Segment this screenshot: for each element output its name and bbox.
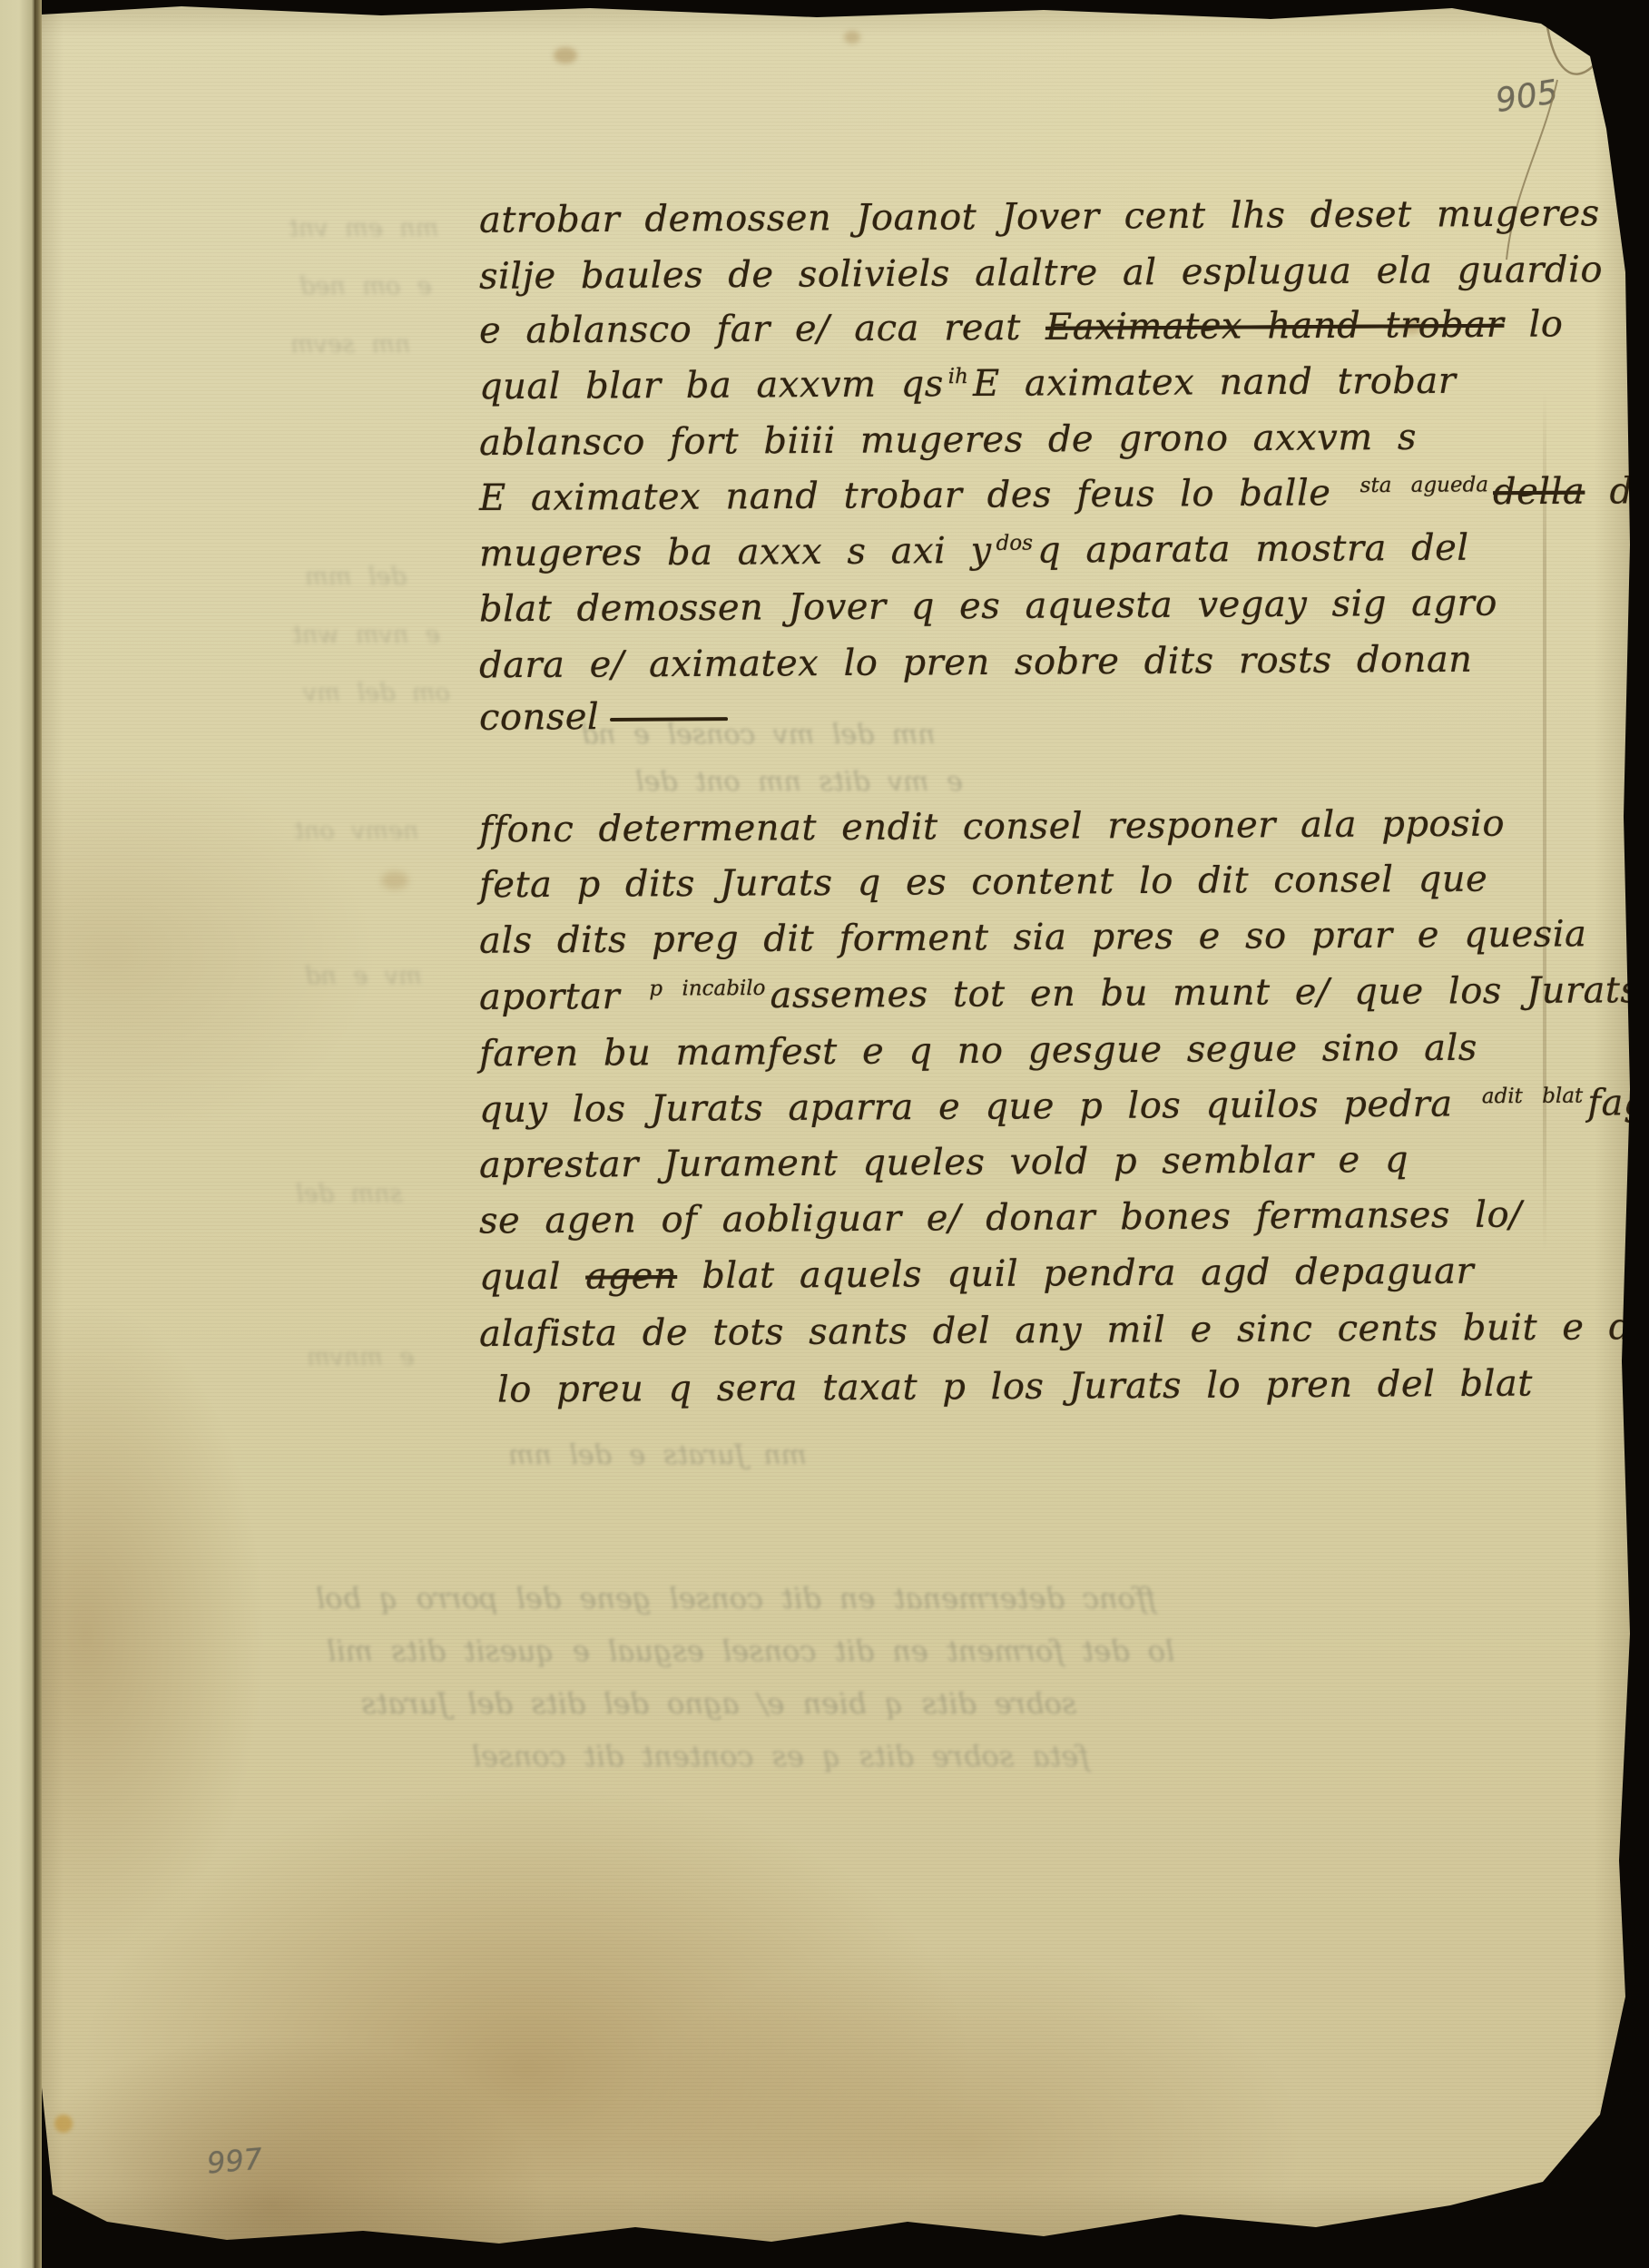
text-segment: q aparata mostra del [1037,527,1469,572]
text-line: als dits preg dit forment sia pres e so … [479,913,1587,961]
bleedthrough-line: nemv ont [294,817,418,845]
text-segment: consel [479,696,600,739]
text-segment: aportar [479,976,645,1018]
superscript-insertion: sta agueda [1360,473,1489,497]
text-segment: blat aquels quil pendra agd depaguar [677,1251,1474,1297]
manuscript-photo: 905 997 mn em vnt e om ned nm sevm del m… [0,0,1649,2268]
bleedthrough-line: lo det forment en dit consel esgual e qu… [327,1634,1174,1668]
text-segment: fage [1587,1082,1649,1124]
text-line: aprestar Jurament queles vold p semblar … [479,1139,1409,1186]
superscript-insertion: p incabilo [649,977,765,1001]
text-line: faren bu mamfest e q no gesgue segue sin… [479,1027,1477,1075]
text-segment: E aximatex nand trobar [973,360,1457,405]
text-line: blat demossen Jover q es aquesta vegay s… [479,583,1497,631]
bleedthrough-line: mv e nd [305,962,422,990]
bleedthrough-line: om del mv [303,679,450,707]
superscript-insertion: dos [996,531,1034,555]
bleedthrough-line: e nvm wnt [292,621,440,649]
text-segment: dels [1585,470,1649,513]
text-segment: E aximatex nand trobar des feus lo balle [479,472,1356,519]
struck-text: della [1493,471,1585,514]
superscript-insertion: ih [948,365,968,388]
text-line: se agen of aobliguar e/ donar bones ferm… [479,1193,1522,1242]
bleedthrough-line: feta sobre dits q es content dit consel [472,1739,1089,1773]
bleedthrough-line: sobre dits q bien e/ agno del dits del J… [361,1686,1076,1721]
bleedthrough-line: del mm [305,563,407,591]
text-line: silje baules de soliviels alaltre al esp… [479,249,1603,298]
binding-gutter [34,0,42,2268]
text-line: feta p dits Jurats q es content lo dit c… [479,859,1488,907]
stain [844,31,860,44]
text-line: lo preu q sera taxat p los Jurats lo pre… [497,1363,1533,1411]
stain [54,2115,73,2133]
text-line: atrobar demossen Joanot Jover cent lhs d… [479,192,1600,241]
stain [381,871,408,889]
text-line: dara e/ aximatex lo pren sobre dits rost… [479,639,1473,687]
struck-text: Eaximatex hand trobar [1045,304,1505,349]
text-segment: qual [479,1256,586,1299]
text-segment: assemes tot en bu munt e/ que los Jurats [770,969,1639,1016]
text-line: qual blar ba axxvm qsihE aximatex nand t… [479,360,1457,408]
text-line: ffonc determenat endit consel responer a… [479,803,1505,851]
text-line: qual agen blat aquels quil pendra agd de… [479,1251,1474,1299]
text-line: quy los Jurats aparra e que p los quilos… [479,1082,1649,1131]
text-line: consel [479,695,729,739]
bleedthrough-line: snm del [296,1180,402,1208]
bleedthrough-line: e mv dits nm ont del [635,766,963,798]
text-segment: lo [1504,303,1563,345]
text-line: E aximatex nand trobar des feus lo balle… [479,470,1649,519]
text-line: ablansco fort biiii mugeres de grono axx… [479,417,1417,464]
text-line: mugeres ba axxx s axi ydosq aparata most… [479,527,1469,575]
archival-number: 997 [205,2141,263,2180]
text-line: aportar p incabiloassemes tot en bu munt… [479,969,1640,1018]
bleedthrough-line: ffonc determenat en dit consel gene del … [316,1581,1156,1615]
bleedthrough-line: e mnvm [307,1343,414,1371]
text-segment: e ablansco far e/ aca reat [479,307,1045,352]
struck-text: agen [585,1255,677,1298]
text-line: alafista de tots sants del any mil e sin… [479,1306,1649,1355]
text-segment: qual blar ba axxvm qs [479,363,944,407]
bleedthrough-line: nm sevm [290,330,410,358]
text-segment: quy los Jurats aparra e que p los quilos… [479,1083,1477,1131]
text-segment: mugeres ba axxx s axi y [479,530,992,574]
adjacent-page-edge [0,0,34,2268]
bleedthrough-line: mn em vnt [289,214,438,242]
superscript-insertion: adit blat [1482,1084,1584,1108]
bleedthrough-line: mn Jurats e del nm [508,1439,807,1471]
bleedthrough-line: e om ned [299,272,432,300]
manuscript-page: 905 997 mn em vnt e om ned nm sevm del m… [0,0,1649,2268]
flourish-stroke [610,717,728,722]
text-line: e ablansco far e/ aca reat Eaximatex han… [479,303,1564,351]
stain [554,47,577,64]
